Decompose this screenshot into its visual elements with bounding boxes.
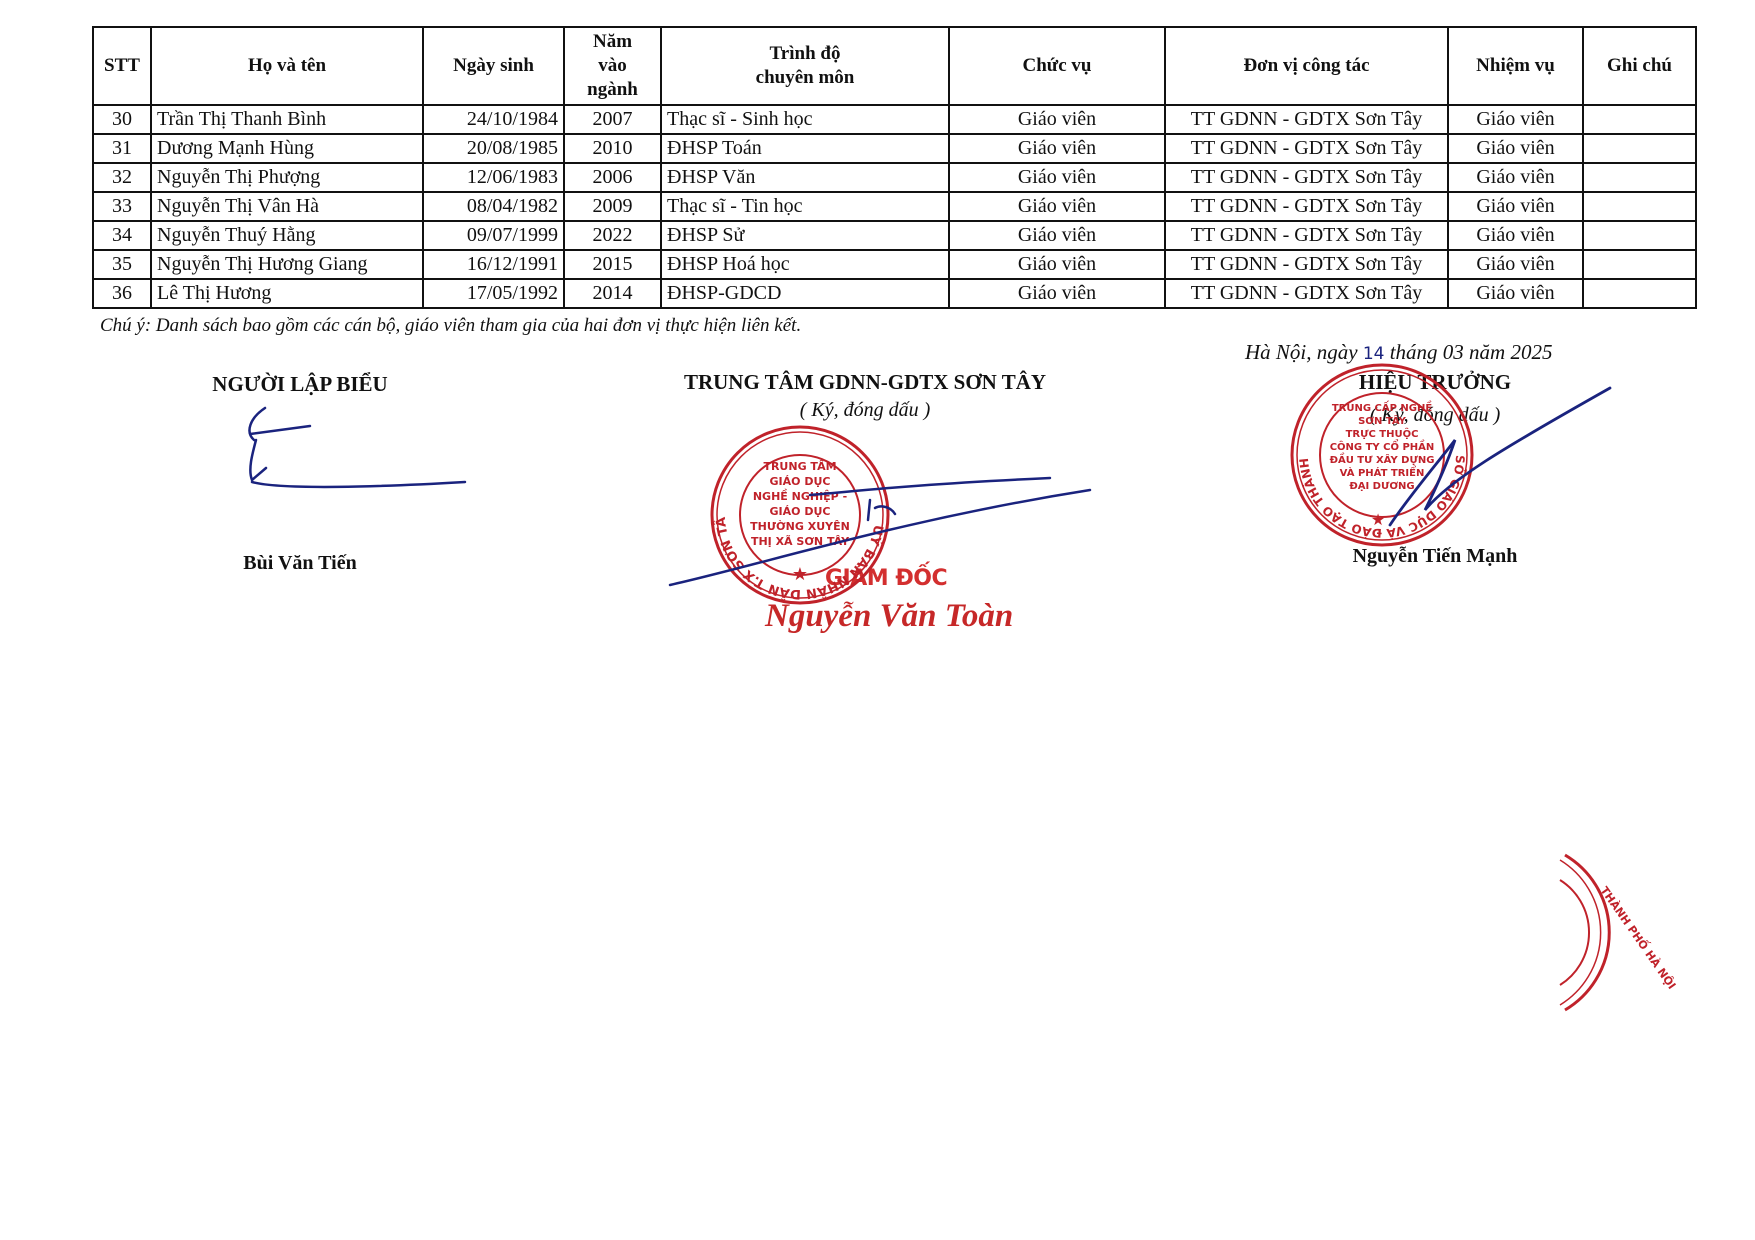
cell-name: Dương Mạnh Hùng [151,134,423,163]
cell-name: Nguyễn Thị Phượng [151,163,423,192]
svg-text:THƯỜNG XUYÊN: THƯỜNG XUYÊN [750,520,850,533]
cell-position: Giáo viên [949,163,1165,192]
cell-unit: TT GDNN - GDTX Sơn Tây [1165,134,1448,163]
cell-qualification: ĐHSP Toán [661,134,949,163]
cell-year: 2010 [564,134,661,163]
cell-duty: Giáo viên [1448,105,1583,134]
center-signature-block: TRUNG TÂM GDNN-GDTX SƠN TÂY ( Ký, đóng d… [650,370,1080,422]
cell-name: Trần Thị Thanh Bình [151,105,423,134]
cell-year: 2015 [564,250,661,279]
preparer-role: NGƯỜI LẬP BIỂU [150,372,450,397]
table-row: 31Dương Mạnh Hùng20/08/19852010ĐHSP Toán… [93,134,1696,163]
cell-year: 2022 [564,221,661,250]
svg-text:GIÁO DỤC: GIÁO DỤC [770,475,831,488]
footnote: Chú ý: Danh sách bao gồm các cán bộ, giá… [100,315,801,337]
cell-duty: Giáo viên [1448,279,1583,308]
cell-unit: TT GDNN - GDTX Sơn Tây [1165,250,1448,279]
header-unit: Đơn vị công tác [1165,27,1448,105]
header-qualification: Trình độ chuyên môn [661,27,949,105]
cell-position: Giáo viên [949,221,1165,250]
cell-note [1583,192,1696,221]
corner-stamp-icon: THÀNH PHỐ HÀ NỘI [1560,855,1680,1010]
cell-dob: 12/06/1983 [423,163,564,192]
cell-duty: Giáo viên [1448,192,1583,221]
cell-qualification: ĐHSP Hoá học [661,250,949,279]
date-line: Hà Nội, ngày 14 tháng 03 năm 2025 [1245,340,1552,365]
table-row: 35Nguyễn Thị Hương Giang16/12/19912015ĐH… [93,250,1696,279]
cell-unit: TT GDNN - GDTX Sơn Tây [1165,163,1448,192]
svg-text:NGHỀ NGHIỆP -: NGHỀ NGHIỆP - [753,489,847,503]
cell-stt: 35 [93,250,151,279]
cell-stt: 31 [93,134,151,163]
svg-text:ĐẦU TƯ XÂY DỰNG: ĐẦU TƯ XÂY DỰNG [1330,452,1435,466]
svg-text:CÔNG TY CỔ PHẦN: CÔNG TY CỔ PHẦN [1330,438,1435,453]
header-year: Năm vào ngành [564,27,661,105]
svg-text:★: ★ [792,564,808,585]
svg-text:★: ★ [1371,510,1385,529]
cell-note [1583,279,1696,308]
header-note: Ghi chú [1583,27,1696,105]
cell-stt: 33 [93,192,151,221]
cell-qualification: Thạc sĩ - Sinh học [661,105,949,134]
cell-note [1583,105,1696,134]
cell-unit: TT GDNN - GDTX Sơn Tây [1165,105,1448,134]
cell-unit: TT GDNN - GDTX Sơn Tây [1165,221,1448,250]
cell-year: 2006 [564,163,661,192]
principal-role: HIỆU TRƯỞNG [1220,370,1650,395]
cell-position: Giáo viên [949,134,1165,163]
center-role: TRUNG TÂM GDNN-GDTX SƠN TÂY [650,370,1080,395]
table-header-row: STT Họ và tên Ngày sinh Năm vào ngành Tr… [93,27,1696,105]
header-year-line2: vào [598,55,627,76]
preparer-handwritten-signature-icon [250,408,465,487]
principal-sign-hint: ( Ký, đóng dấu ) [1220,404,1650,427]
table-row: 30Trần Thị Thanh Bình24/10/19842007Thạc … [93,105,1696,134]
cell-name: Nguyễn Thị Hương Giang [151,250,423,279]
cell-name: Lê Thị Hương [151,279,423,308]
svg-text:TRỰC THUỘC: TRỰC THUỘC [1346,427,1419,440]
cell-position: Giáo viên [949,192,1165,221]
cell-year: 2009 [564,192,661,221]
table-row: 34Nguyễn Thuý Hằng09/07/19992022ĐHSP SửG… [93,221,1696,250]
table-row: 32Nguyễn Thị Phượng12/06/19832006ĐHSP Vă… [93,163,1696,192]
cell-dob: 08/04/1982 [423,192,564,221]
table-row: 36Lê Thị Hương17/05/19922014ĐHSP-GDCDGiá… [93,279,1696,308]
cell-position: Giáo viên [949,105,1165,134]
svg-text:ĐẠI DƯƠNG: ĐẠI DƯƠNG [1349,481,1414,492]
preparer-name: Bùi Văn Tiến [150,552,450,575]
cell-note [1583,221,1696,250]
cell-qualification: ĐHSP Sử [661,221,949,250]
cell-dob: 24/10/1984 [423,105,564,134]
cell-duty: Giáo viên [1448,134,1583,163]
cell-qualification: ĐHSP-GDCD [661,279,949,308]
cell-name: Nguyễn Thuý Hằng [151,221,423,250]
date-prefix: Hà Nội, ngày [1245,340,1363,364]
cell-position: Giáo viên [949,279,1165,308]
cell-note [1583,163,1696,192]
cell-name: Nguyễn Thị Vân Hà [151,192,423,221]
cell-dob: 16/12/1991 [423,250,564,279]
table-row: 33Nguyễn Thị Vân Hà08/04/19822009Thạc sĩ… [93,192,1696,221]
cell-dob: 20/08/1985 [423,134,564,163]
header-year-line3: ngành [587,79,638,100]
cell-duty: Giáo viên [1448,250,1583,279]
header-qual-line1: Trình độ [770,43,841,64]
cell-unit: TT GDNN - GDTX Sơn Tây [1165,192,1448,221]
director-name: Nguyễn Văn Toàn [765,598,1013,635]
cell-stt: 36 [93,279,151,308]
cell-qualification: ĐHSP Văn [661,163,949,192]
cell-year: 2014 [564,279,661,308]
cell-stt: 34 [93,221,151,250]
svg-text:THỊ XÃ SƠN TÂY: THỊ XÃ SƠN TÂY [751,535,850,548]
cell-dob: 09/07/1999 [423,221,564,250]
center-sign-hint: ( Ký, đóng dấu ) [650,399,1080,422]
header-qual-line2: chuyên môn [756,67,855,88]
header-duty: Nhiệm vụ [1448,27,1583,105]
cell-stt: 32 [93,163,151,192]
cell-duty: Giáo viên [1448,163,1583,192]
cell-duty: Giáo viên [1448,221,1583,250]
preparer-signature-block: NGƯỜI LẬP BIỂU Bùi Văn Tiến [150,372,450,397]
header-name: Họ và tên [151,27,423,105]
header-year-line1: Năm [593,31,632,52]
cell-unit: TT GDNN - GDTX Sơn Tây [1165,279,1448,308]
svg-text:THÀNH PHỐ HÀ NỘI: THÀNH PHỐ HÀ NỘI [1598,883,1680,992]
header-stt: STT [93,27,151,105]
cell-note [1583,250,1696,279]
director-title: GIÁM ĐỐC [825,566,947,591]
cell-dob: 17/05/1992 [423,279,564,308]
date-day-handwritten: 14 [1363,344,1385,364]
staff-table: STT Họ và tên Ngày sinh Năm vào ngành Tr… [92,26,1697,309]
principal-name: Nguyễn Tiến Mạnh [1220,545,1650,568]
svg-text:VÀ PHÁT TRIỂN: VÀ PHÁT TRIỂN [1340,464,1425,479]
svg-text:TRUNG TÂM: TRUNG TÂM [763,460,836,473]
header-dob: Ngày sinh [423,27,564,105]
date-suffix: tháng 03 năm 2025 [1384,340,1552,364]
header-position: Chức vụ [949,27,1165,105]
cell-qualification: Thạc sĩ - Tin học [661,192,949,221]
cell-year: 2007 [564,105,661,134]
svg-text:GIÁO DỤC: GIÁO DỤC [770,505,831,518]
cell-stt: 30 [93,105,151,134]
table-body: 30Trần Thị Thanh Bình24/10/19842007Thạc … [93,105,1696,308]
cell-note [1583,134,1696,163]
cell-position: Giáo viên [949,250,1165,279]
